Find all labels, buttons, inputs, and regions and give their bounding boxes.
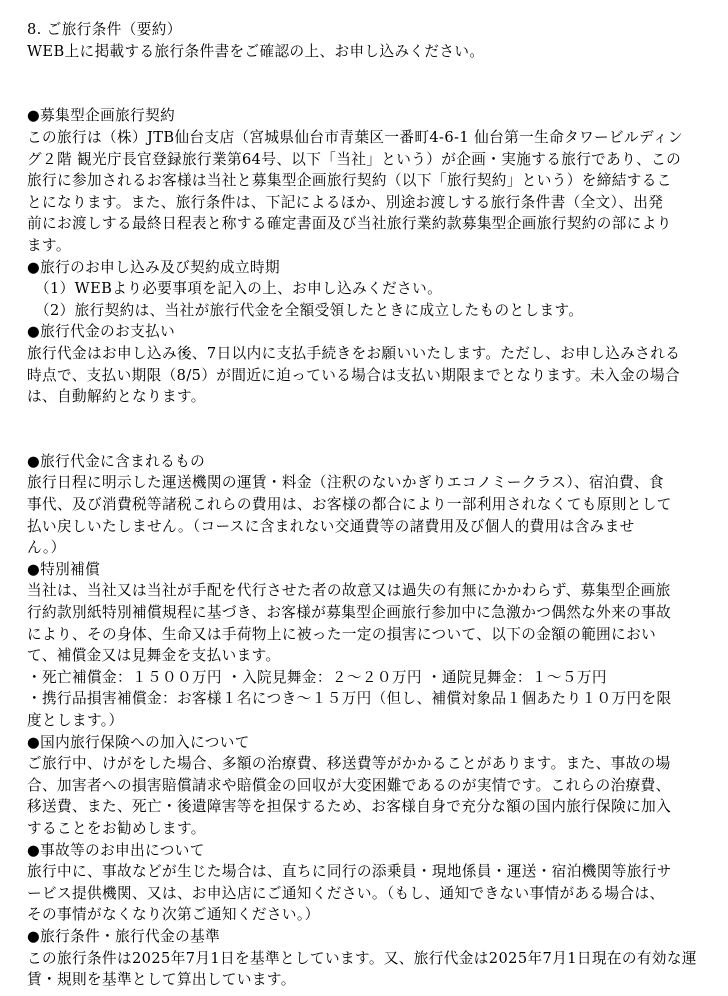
spacer [27,84,717,106]
section-line: 旅行中に、事故などが生じた場合は、直ちに同行の添乗員・現地係員・運送・宿泊機関等… [27,861,717,883]
section-reference-date: ●旅行条件・旅行代金の基準 この旅行条件は2025年7月1日を基準としています。… [27,926,717,991]
section-line: 時点で、支払い期限（8/5）が間近に迫っている場合は支払い期限までとなります。未… [27,365,717,387]
document-intro: WEB上に掲載する旅行条件書をご確認の上、お申し込みください。 [27,41,717,63]
section-line: その事情がなくなり次第ご通知ください。） [27,904,717,926]
section-accident-report: ●事故等のお申出について 旅行中に、事故などが生じた場合は、直ちに同行の添乗員・… [27,840,717,926]
section-line: することをお勧めします。 [27,818,717,840]
section-line: グ２階 観光庁長官登録旅行業第64号、以下「当社」という）が企画・実施する旅行で… [27,149,717,171]
spacer [27,62,717,84]
section-heading: ●旅行代金に含まれるもの [27,451,717,473]
section-line: 旅行日程に明示した運送機関の運賃・料金（注釈のないかぎりエコノミークラス）、宿泊… [27,472,717,494]
section-line: 度とします。） [27,710,717,732]
section-line: 移送費、また、死亡・後遺障害等を担保するため、お客様自身で充分な額の国内旅行保険… [27,796,717,818]
section-line: 払い戻しいたしません。（コースに含まれない交通費等の諸費用及び個人的費用は含みま… [27,516,717,538]
section-line: 当社は、当社又は当社が手配を代行させた者の故意又は過失の有無にかかわらず、募集型… [27,580,717,602]
section-line: ご旅行中、けがをした場合、多額の治療費、移送費等がかかることがあります。また、事… [27,753,717,775]
list-item: （2）旅行契約は、当社が旅行代金を全額受領したときに成立したものとします。 [27,300,717,322]
section-application: ●旅行のお申し込み及び契約成立時期 （1）WEBより必要事項を記入の上、お申し込… [27,257,717,322]
section-heading: ●事故等のお申出について [27,840,717,862]
section-line: は、自動解約となります。 [27,386,717,408]
section-tour-contract: ●募集型企画旅行契約 この旅行は（株）JTB仙台支店（宮城県仙台市青葉区一番町4… [27,105,717,256]
section-heading: ●旅行条件・旅行代金の基準 [27,926,717,948]
section-heading: ●旅行のお申し込み及び契約成立時期 [27,257,717,279]
section-line: 事代、及び消費税等諸税これらの費用は、お客様の都合により一部利用されなくても原則… [27,494,717,516]
section-included-costs: ●旅行代金に含まれるもの 旅行日程に明示した運送機関の運賃・料金（注釈のないかぎ… [27,451,717,559]
section-line: ん。） [27,537,717,559]
document-title: 8. ご旅行条件（要約） [27,19,717,41]
section-heading: ●募集型企画旅行契約 [27,105,717,127]
section-line: とになります。また、旅行条件は、下記によるほか、別途お渡しする旅行条件書（全文）… [27,192,717,214]
travel-conditions-document: 8. ご旅行条件（要約） WEB上に掲載する旅行条件書をご確認の上、お申し込みく… [27,19,717,991]
section-line: 前にお渡しする最終日程表と称する確定書面及び当社旅行業約款募集型企画旅行契約の部… [27,213,717,235]
list-item: （1）WEBより必要事項を記入の上、お申し込みください。 [27,278,717,300]
section-line: ービス提供機関、又は、お申込店にご通知ください。（もし、通知できない事情がある場… [27,883,717,905]
section-heading: ●国内旅行保険への加入について [27,732,717,754]
section-line: 賃・規則を基準として算出しています。 [27,969,717,991]
section-line: この旅行条件は2025年7月1日を基準としています。又、旅行代金は2025年7月… [27,948,717,970]
section-line: 行約款別紙特別補償規程に基づき、お客様が募集型企画旅行参加中に急激かつ偶然な外来… [27,602,717,624]
section-line: ます。 [27,235,717,257]
section-line: 旅行に参加されるお客様は当社と募集型企画旅行契約（以下「旅行契約」という）を締結… [27,170,717,192]
section-line: 旅行代金はお申し込み後、7日以内に支払手続きをお願いいたします。ただし、お申し込… [27,343,717,365]
spacer [27,408,717,430]
section-travel-insurance: ●国内旅行保険への加入について ご旅行中、けがをした場合、多額の治療費、移送費等… [27,732,717,840]
section-line: 合、加害者への損害賠償請求や賠償金の回収が大変困難であるのが実情です。これらの治… [27,775,717,797]
section-heading: ●特別補償 [27,559,717,581]
compensation-amounts: ・死亡補償金：１５００万円 ・入院見舞金：２～２０万円 ・通院見舞金：１～５万円 [27,667,717,689]
baggage-compensation: ・携行品損害補償金：お客様１名につき～１５万円（但し、補償対象品１個あたり１０万… [27,688,717,710]
section-line: により、その身体、生命又は手荷物上に被った一定の損害について、以下の金額の範囲に… [27,624,717,646]
section-line: て、補償金又は見舞金を支払います。 [27,645,717,667]
spacer [27,429,717,451]
section-payment: ●旅行代金のお支払い 旅行代金はお申し込み後、7日以内に支払手続きをお願いいたし… [27,321,717,407]
section-special-compensation: ●特別補償 当社は、当社又は当社が手配を代行させた者の故意又は過失の有無にかかわ… [27,559,717,732]
section-line: この旅行は（株）JTB仙台支店（宮城県仙台市青葉区一番町4-6-1 仙台第一生命… [27,127,717,149]
section-heading: ●旅行代金のお支払い [27,321,717,343]
